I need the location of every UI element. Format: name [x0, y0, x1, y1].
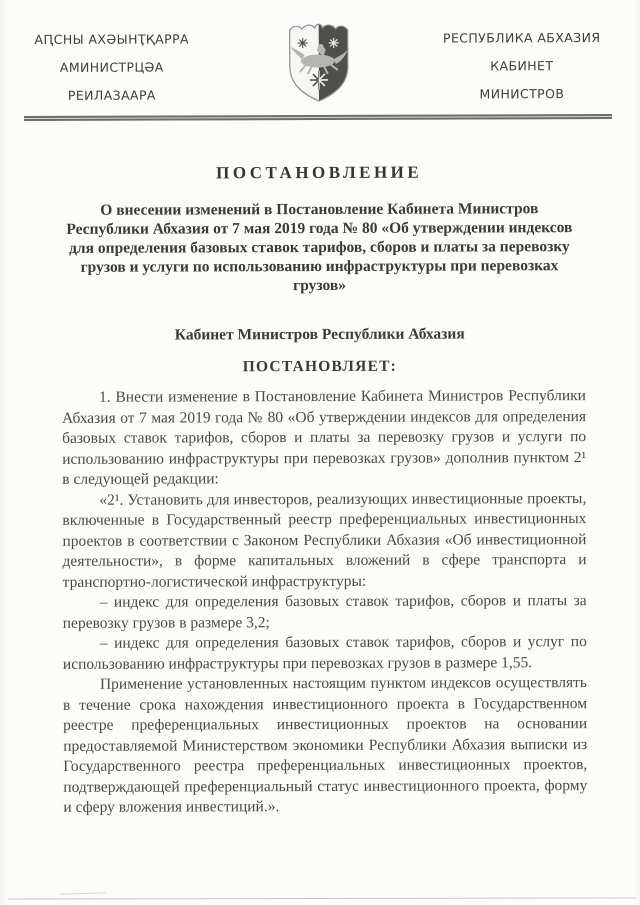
- body-paragraph-4-dash-item: – индекс для определения базовых ставок …: [63, 632, 587, 675]
- abkhazia-coat-of-arms-icon: [286, 21, 352, 105]
- letterhead-russian-line-1: РЕСПУБЛИКА АБХАЗИЯ: [417, 24, 627, 53]
- body-paragraph-5: Применение установленных настоящим пункт…: [63, 673, 587, 818]
- letterhead-russian-line-2: КАБИНЕТ: [417, 52, 627, 81]
- resolution-keyword: ПОСТАНОВЛЯЕТ:: [0, 357, 640, 377]
- body-paragraph-3-dash-item: – индекс для определения базовых ставок …: [63, 591, 587, 634]
- scan-artifact-page-edge-line: [8, 897, 636, 899]
- letterhead-abkhaz-line-1: АԤСНЫ АХӘЫНҬҚАРРА: [7, 25, 217, 54]
- letterhead-abkhaz-block: АԤСНЫ АХӘЫНҬҚАРРА АМИНИСТРЦӘА РЕИЛАЗААРА: [7, 25, 217, 110]
- scanned-document-page: АԤСНЫ АХӘЫНҬҚАРРА АМИНИСТРЦӘА РЕИЛАЗААРА: [0, 0, 640, 905]
- letterhead-abkhaz-line-3: РЕИЛАЗААРА: [7, 81, 217, 110]
- body-paragraph-2: «2¹. Установить для инвесторов, реализую…: [62, 489, 586, 593]
- letterhead-abkhaz-line-2: АМИНИСТРЦӘА: [7, 53, 217, 82]
- letterhead-russian-line-3: МИНИСТРОВ: [417, 80, 627, 109]
- letterhead: АԤСНЫ АХӘЫНҬҚАРРА АМИНИСТРЦӘА РЕИЛАЗААРА: [0, 0, 639, 116]
- document-body: 1. Внести изменение в Постановление Каби…: [62, 386, 587, 818]
- letterhead-russian-block: РЕСПУБЛИКА АБХАЗИЯ КАБИНЕТ МИНИСТРОВ: [417, 24, 627, 109]
- document-title: ПОСТАНОВЛЕНИЕ: [0, 162, 639, 184]
- document-content: АԤСНЫ АХӘЫНҬҚАРРА АМИНИСТРЦӘА РЕИЛАЗААРА: [0, 0, 640, 819]
- document-issuer: Кабинет Министров Республики Абхазия: [0, 325, 640, 345]
- scan-artifact-short-line: [60, 892, 106, 895]
- document-subject: О внесении изменений в Постановление Каб…: [62, 199, 576, 296]
- body-paragraph-1: 1. Внести изменение в Постановление Каби…: [62, 386, 586, 490]
